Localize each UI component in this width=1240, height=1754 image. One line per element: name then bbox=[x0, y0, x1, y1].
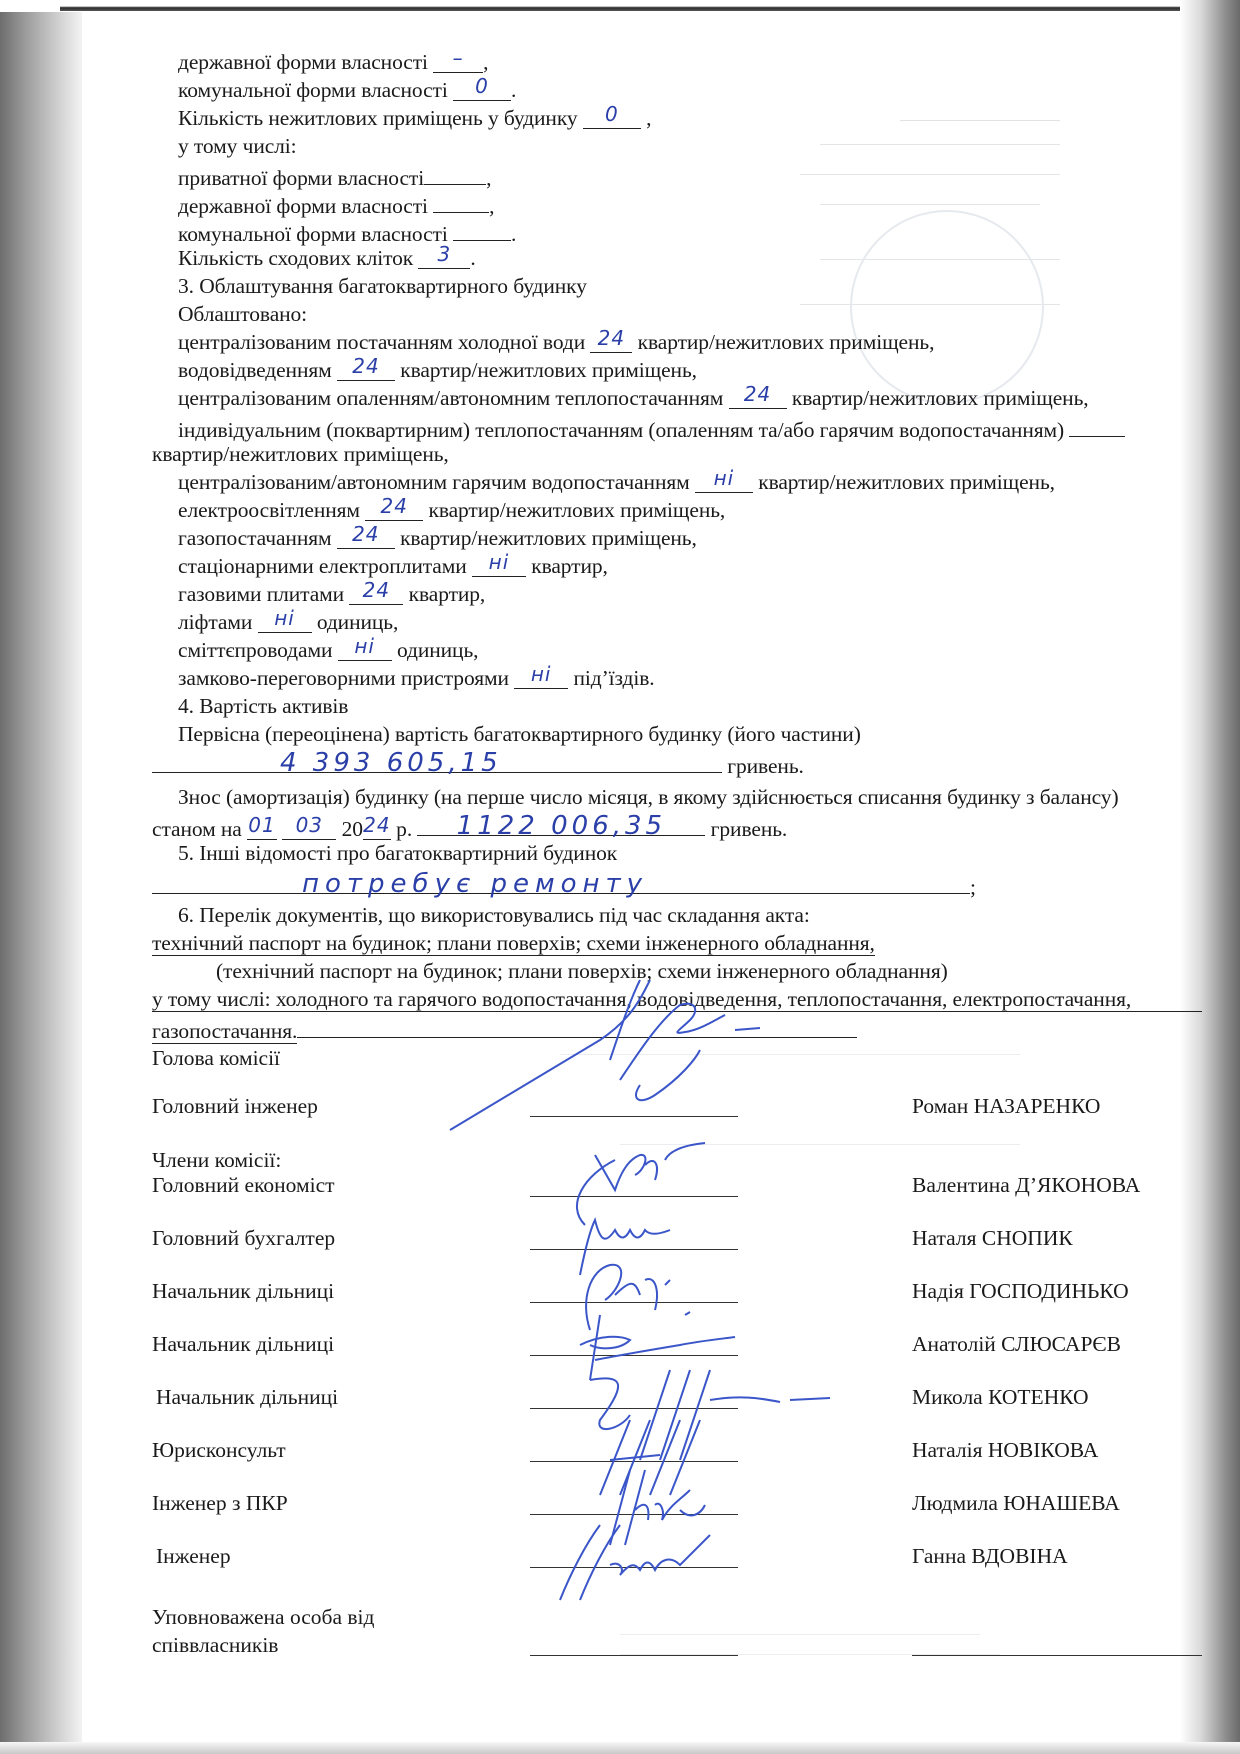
signature-field-2[interactable] bbox=[530, 1249, 738, 1250]
signature-field-3[interactable] bbox=[530, 1302, 738, 1303]
signatory-name-7: Людмила ЮНАШЕВА bbox=[912, 1491, 1120, 1516]
signatory-role-8: Інженер bbox=[156, 1544, 231, 1569]
section6-heading: 6. Перелік документів, що використовувал… bbox=[178, 905, 810, 927]
equip-item-elevators: ліфтами ні одиниць, bbox=[178, 612, 398, 634]
equip-item-garbage-chutes: сміттєпроводами ні одиниць, bbox=[178, 640, 478, 662]
signature-accountant-icon bbox=[570, 1200, 690, 1280]
initial-value-field[interactable]: 4 393 605,15 bbox=[152, 752, 722, 773]
signature-field-4[interactable] bbox=[530, 1355, 738, 1356]
signature-engineer-icon bbox=[540, 1515, 740, 1605]
signature-lawyer-icon bbox=[580, 1410, 730, 1500]
signature-field-8[interactable] bbox=[530, 1567, 738, 1568]
nr-state-field[interactable] bbox=[433, 192, 489, 213]
signatory-name-0: Роман НАЗАРЕНКО bbox=[912, 1094, 1100, 1119]
nonresidential-count-field[interactable]: 0 bbox=[583, 108, 641, 129]
equip-item-gas-stoves: газовими плитами 24 квартир, bbox=[178, 584, 485, 606]
nr-state-line: державної форми власності , bbox=[178, 192, 494, 218]
signature-economist-icon bbox=[545, 1135, 745, 1230]
nonresidential-count-line: Кількість нежитлових приміщень у будинку… bbox=[178, 108, 651, 130]
lighting-field[interactable]: 24 bbox=[365, 500, 423, 521]
signature-field-0[interactable] bbox=[530, 1116, 738, 1117]
section3-heading: 3. Облаштування багатоквартирного будинк… bbox=[178, 276, 587, 298]
equip-item-electric-stoves: стаціонарними електроплитами ні квартир, bbox=[178, 556, 608, 578]
signature-field-6[interactable] bbox=[530, 1461, 738, 1462]
individual-heating-field[interactable] bbox=[1069, 416, 1125, 437]
equip-item-cold-water: централізованим постачанням холодної вод… bbox=[178, 332, 934, 354]
equip-item-gas: газопостачанням 24 квартир/нежитлових пр… bbox=[178, 528, 697, 550]
signatory-name-2: Наталя СНОПИК bbox=[912, 1226, 1073, 1251]
scan-edge-right bbox=[1180, 0, 1240, 1754]
chair-label: Голова комісії bbox=[152, 1046, 280, 1071]
initial-value-label: Первісна (переоцінена) вартість багатокв… bbox=[178, 724, 861, 746]
equip-item-individual-heating: індивідуальним (поквартирним) теплопоста… bbox=[178, 416, 1125, 442]
initial-value-line: 4 393 605,15 гривень. bbox=[152, 752, 804, 778]
documents-line-2: у тому числі: холодного та гарячого водо… bbox=[152, 989, 1202, 1012]
nr-communal-line: комунальної форми власності . bbox=[178, 220, 516, 246]
hot-water-field[interactable]: ні bbox=[695, 472, 753, 493]
central-heating-field[interactable]: 24 bbox=[729, 388, 787, 409]
state-ownership-field[interactable]: – bbox=[433, 52, 483, 73]
scan-edge-top bbox=[60, 0, 1200, 11]
other-info-field[interactable]: потребує ремонту bbox=[152, 873, 970, 894]
signatory-name-8: Ганна ВДОВІНА bbox=[912, 1544, 1068, 1569]
equipped-label: Облаштовано: bbox=[178, 304, 307, 326]
depreciation-value-field[interactable]: 1122 006,35 bbox=[417, 815, 705, 836]
equip-item-lighting: електроосвітленням 24 квартир/нежитлових… bbox=[178, 500, 725, 522]
equip-item-drainage: водовідведенням 24 квартир/нежитлових пр… bbox=[178, 360, 697, 382]
signatory-role-5: Начальник дільниці bbox=[156, 1385, 338, 1410]
scan-edge-left bbox=[0, 12, 82, 1754]
signatory-name-4: Анатолій СЛЮСАРЄВ bbox=[912, 1332, 1121, 1357]
as-of-month-field[interactable]: 03 bbox=[282, 819, 336, 840]
bleed-stamp bbox=[850, 210, 1044, 404]
individual-heating-unit: квартир/нежитлових приміщень, bbox=[152, 444, 449, 466]
depreciation-label: Знос (амортизація) будинку (на перше чис… bbox=[178, 787, 1119, 809]
signature-site-head-1-icon bbox=[560, 1250, 720, 1340]
section4-heading: 4. Вартість активів bbox=[178, 696, 348, 718]
signature-site-head-3-icon bbox=[560, 1360, 840, 1470]
state-ownership-line: державної форми власності –, bbox=[178, 52, 488, 74]
cold-water-field[interactable]: 24 bbox=[590, 332, 632, 353]
including-label: у тому числі: bbox=[178, 136, 297, 158]
section5-heading: 5. Інші відомості про багатоквартирний б… bbox=[178, 843, 617, 865]
equip-item-central-heating: централізованим опаленням/автономним теп… bbox=[178, 388, 1089, 410]
members-label: Члени комісії: bbox=[152, 1148, 281, 1173]
signature-field-5[interactable] bbox=[530, 1408, 738, 1409]
electric-stoves-field[interactable]: ні bbox=[472, 556, 526, 577]
communal-ownership-line: комунальної форми власності 0. bbox=[178, 80, 516, 102]
signatory-role-6: Юрисконсульт bbox=[152, 1438, 286, 1463]
stairwells-field[interactable]: 3 bbox=[418, 248, 470, 269]
signatory-role-7: Інженер з ПКР bbox=[152, 1491, 288, 1516]
section5-line: потребує ремонту; bbox=[152, 873, 976, 899]
signature-chair-icon bbox=[440, 960, 780, 1135]
coowners-name-field[interactable] bbox=[912, 1655, 1202, 1656]
equip-item-hot-water: централізованим/автономним гарячим водоп… bbox=[178, 472, 1055, 494]
nr-private-field[interactable] bbox=[424, 164, 486, 185]
signature-field-7[interactable] bbox=[530, 1514, 738, 1515]
gas-field[interactable]: 24 bbox=[337, 528, 395, 549]
documents-hint: (технічний паспорт на будинок; плани пов… bbox=[216, 961, 948, 983]
intercoms-field[interactable]: ні bbox=[514, 668, 568, 689]
elevators-field[interactable]: ні bbox=[258, 612, 312, 633]
signatory-role-2: Головний бухгалтер bbox=[152, 1226, 335, 1251]
nr-private-line: приватної форми власності, bbox=[178, 164, 491, 190]
as-of-year-field[interactable]: 24 bbox=[363, 819, 391, 840]
signatory-name-1: Валентина Д’ЯКОНОВА bbox=[912, 1173, 1140, 1198]
coowners-label-1: Уповноважена особа від bbox=[152, 1605, 374, 1630]
drainage-field[interactable]: 24 bbox=[337, 360, 395, 381]
signatory-name-6: Наталія НОВІКОВА bbox=[912, 1438, 1098, 1463]
equip-item-intercoms: замково-переговорними пристроями ні під’… bbox=[178, 668, 655, 690]
signatory-role-3: Начальник дільниці bbox=[152, 1279, 334, 1304]
signature-engineer-pkr-icon bbox=[580, 1460, 730, 1550]
scan-edge-bottom bbox=[0, 1742, 1240, 1754]
signatory-name-5: Микола КОТЕНКО bbox=[912, 1385, 1089, 1410]
signature-site-head-2-icon bbox=[560, 1305, 740, 1385]
coowners-signature-field[interactable] bbox=[530, 1655, 738, 1656]
signatory-role-4: Начальник дільниці bbox=[152, 1332, 334, 1357]
documents-line-3: газопостачання. bbox=[152, 1017, 857, 1043]
gas-stoves-field[interactable]: 24 bbox=[349, 584, 403, 605]
signatory-name-3: Надія ГОСПОДИНЬКО bbox=[912, 1279, 1129, 1304]
stairwells-line: Кількість сходових кліток 3. bbox=[178, 248, 476, 270]
as-of-day-field[interactable]: 01 bbox=[247, 819, 277, 840]
signature-field-1[interactable] bbox=[530, 1196, 738, 1197]
signatory-role-0: Головний інженер bbox=[152, 1094, 318, 1119]
coowners-label-2: співвласників bbox=[152, 1633, 278, 1658]
signatory-role-1: Головний економіст bbox=[152, 1173, 335, 1198]
depreciation-line: станом на 01 03 2024 р. 1122 006,35 грив… bbox=[152, 815, 787, 841]
garbage-chutes-field[interactable]: ні bbox=[338, 640, 392, 661]
documents-line-1: технічний паспорт на будинок; плани пове… bbox=[152, 933, 875, 956]
communal-ownership-field[interactable]: 0 bbox=[453, 80, 511, 101]
nr-communal-field[interactable] bbox=[453, 220, 511, 241]
